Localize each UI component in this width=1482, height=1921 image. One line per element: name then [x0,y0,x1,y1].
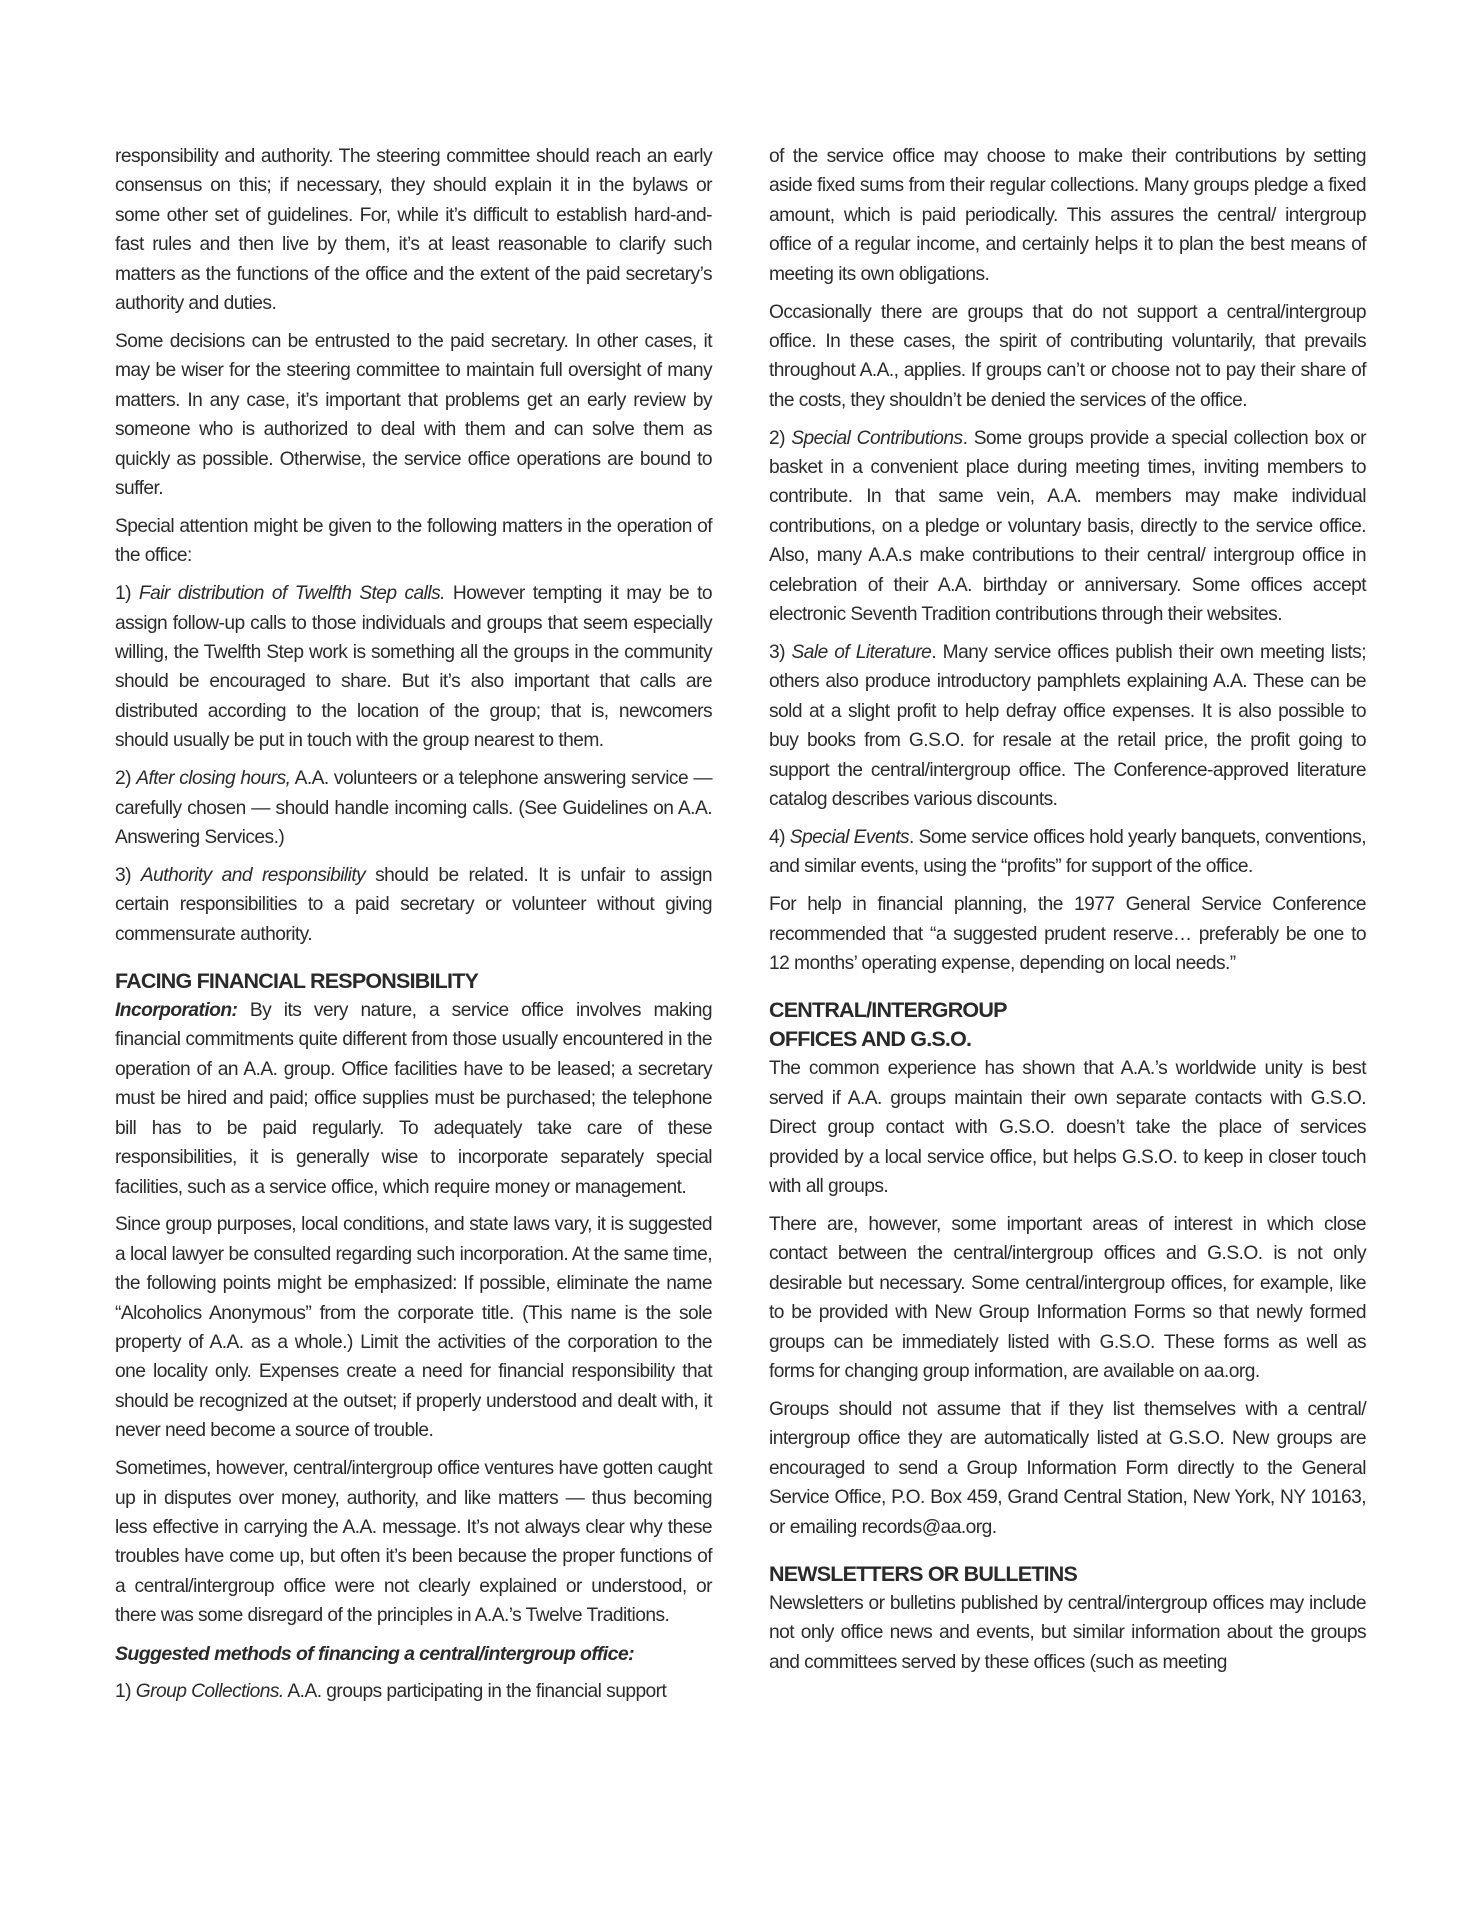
item-text: . Many service offices publish their own… [769,642,1366,810]
paragraph-newsletters: Newsletters or bulletins published by ce… [769,1589,1366,1677]
list-item-special-events: 4) Special Events. Some service offices … [769,823,1366,882]
paragraph-responsibility: responsibility and authority. The steeri… [115,142,712,318]
left-column: responsibility and authority. The steeri… [115,142,712,1715]
item-title: Special Events [790,827,909,848]
item-number: 3) [769,642,792,663]
heading-newsletters: NEWSLETTERS OR BULLETINS [769,1560,1366,1589]
subheading-financing-methods: Suggested methods of financing a central… [115,1639,712,1669]
paragraph-occasionally: Occasionally there are groups that do no… [769,298,1366,416]
list-item-twelfth-step: 1) Fair distribution of Twelfth Step cal… [115,579,712,755]
paragraph-common-experience: The common experience has shown that A.A… [769,1054,1366,1201]
item-title: Special Contributions [791,428,962,449]
item-number: 1) [115,583,139,604]
item-number: 2) [115,768,136,789]
paragraph-incorporation: Incorporation: By its very nature, a ser… [115,996,712,1202]
paragraph-decisions: Some decisions can be entrusted to the p… [115,327,712,503]
list-item-after-hours: 2) After closing hours, A.A. volunteers … [115,764,712,852]
heading-line-1: CENTRAL/INTERGROUP [769,998,1007,1022]
list-item-special-contributions: 2) Special Contributions. Some groups pr… [769,424,1366,630]
item-number: 3) [115,865,141,886]
paragraph-groups-should-not: Groups should not assume that if they li… [769,1395,1366,1542]
item-title: Sale of Literature [792,642,932,663]
list-item-authority: 3) Authority and responsibility should b… [115,861,712,949]
list-item-sale-of-literature: 3) Sale of Literature. Many service offi… [769,638,1366,814]
item-title: Fair distribution of Twelfth Step calls. [139,583,445,604]
paragraph-sometimes: Sometimes, however, central/intergroup o… [115,1454,712,1630]
heading-financial-responsibility: FACING FINANCIAL RESPONSIBILITY [115,967,712,996]
item-number: 2) [769,428,791,449]
item-text: However tempting it may be to assign fol… [115,583,712,751]
right-column: of the service office may choose to make… [769,142,1366,1686]
item-text: . Some groups provide a special collecti… [769,428,1366,625]
paragraph-areas-of-interest: There are, however, some important areas… [769,1210,1366,1386]
incorporation-text: By its very nature, a service office inv… [115,1000,712,1197]
paragraph-since-group: Since group purposes, local conditions, … [115,1210,712,1445]
incorporation-label: Incorporation: [115,1000,237,1021]
item-title: Authority and responsibility [141,865,365,886]
item-title: After closing hours, [136,768,290,789]
item-title: Group Collections. [136,1681,284,1702]
heading-central-intergroup: CENTRAL/INTERGROUPOFFICES AND G.S.O. [769,996,1366,1054]
heading-line-2: OFFICES AND G.S.O. [769,1027,971,1051]
item-text: A.A. groups participating in the financi… [284,1681,667,1702]
item-number: 4) [769,827,790,848]
paragraph-group-collections-cont: of the service office may choose to make… [769,142,1366,289]
paragraph-special-attention: Special attention might be given to the … [115,512,712,571]
item-number: 1) [115,1681,136,1702]
paragraph-financial-planning: For help in financial planning, the 1977… [769,890,1366,978]
document-page: responsibility and authority. The steeri… [0,0,1482,1921]
list-item-group-collections: 1) Group Collections. A.A. groups partic… [115,1677,712,1706]
